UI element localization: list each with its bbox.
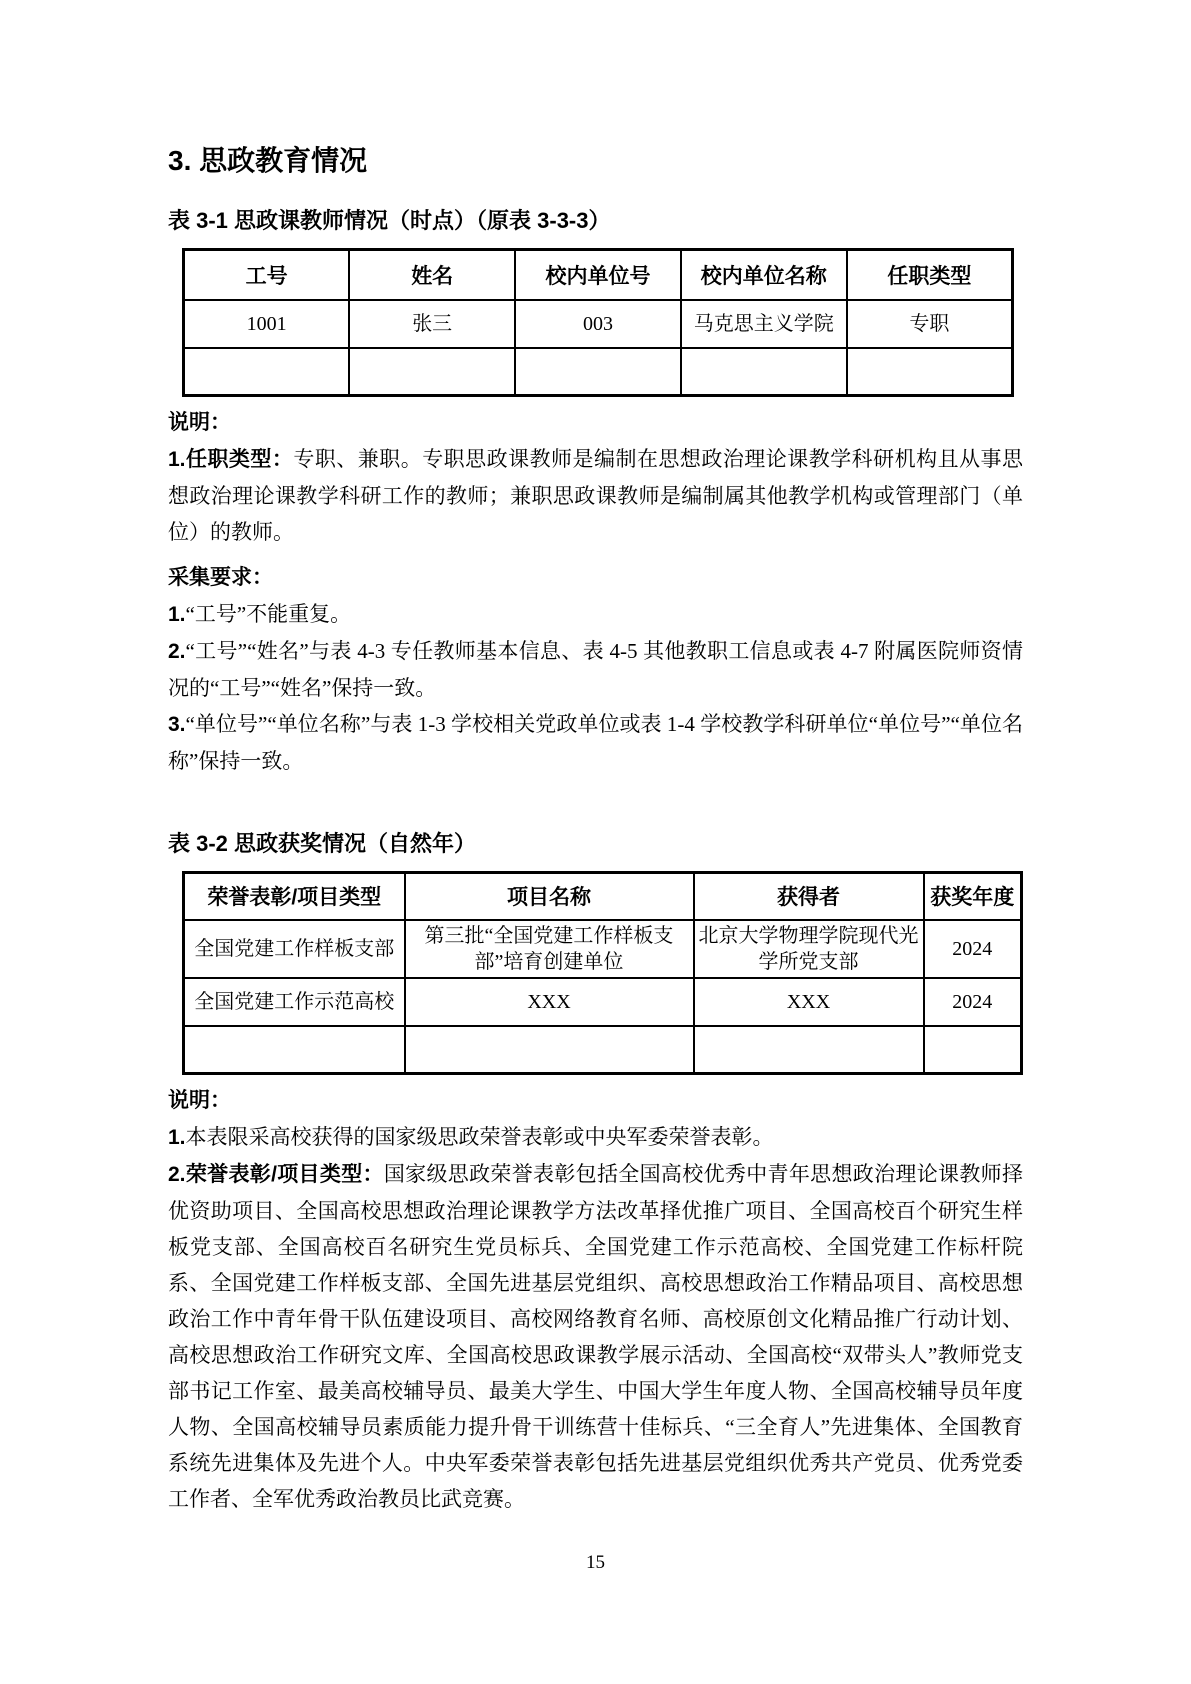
requirement-item-label: 3. — [168, 713, 186, 736]
table-cell — [847, 348, 1013, 396]
note-item: 1.本表限采高校获得的国家级思政荣誉表彰或中央军委荣誉表彰。 — [168, 1119, 1023, 1156]
table-cell — [515, 348, 681, 396]
column-header-rongyuleixing: 荣誉表彰/项目类型 — [184, 873, 405, 920]
requirement-item-text: “工号”不能重复。 — [186, 602, 352, 626]
table-cell: 第三批“全国党建工作样板支部”培育创建单位 — [405, 920, 694, 978]
requirement-item: 3.“单位号”“单位名称”与表 1-3 学校相关党政单位或表 1-4 学校教学科… — [168, 706, 1023, 779]
page-number: 15 — [0, 1552, 1191, 1574]
column-header-huodezhe: 获得者 — [694, 873, 924, 920]
note-item-text: 本表限采高校获得的国家级思政荣誉表彰或中央军委荣誉表彰。 — [186, 1125, 774, 1149]
table-3-2: 荣誉表彰/项目类型 项目名称 获得者 获奖年度 全国党建工作样板支部 第三批“全… — [182, 871, 1023, 1075]
table-3-1-caption: 表 3-1 思政课教师情况（时点）（原表 3-3-3） — [168, 206, 1023, 236]
table-cell: 马克思主义学院 — [681, 300, 847, 348]
note-item-text: 国家级思政荣誉表彰包括全国高校优秀中青年思想政治理论课教师择优资助项目、全国高校… — [168, 1162, 1023, 1511]
notes-title: 说明： — [168, 405, 1023, 441]
column-header-huojiangniandu: 获奖年度 — [924, 873, 1022, 920]
table-3-1: 工号 姓名 校内单位号 校内单位名称 任职类型 1001 张三 003 马克思主… — [182, 248, 1014, 397]
column-header-xingming: 姓名 — [349, 250, 515, 300]
notes-title: 说明： — [168, 1083, 1023, 1119]
requirements-title: 采集要求： — [168, 560, 1023, 596]
table-cell — [924, 1026, 1022, 1074]
note-item-label: 1.任职类型： — [168, 448, 293, 471]
table-cell: 专职 — [847, 300, 1013, 348]
table-cell — [405, 1026, 694, 1074]
table-3-2-empty-row — [184, 1026, 1022, 1074]
column-header-xiangmumingcheng: 项目名称 — [405, 873, 694, 920]
section-heading: 3. 思政教育情况 — [168, 142, 1023, 180]
table-3-2-header-row: 荣誉表彰/项目类型 项目名称 获得者 获奖年度 — [184, 873, 1022, 920]
requirement-item-text: “工号”“姓名”与表 4-3 专任教师基本信息、表 4-5 其他教职工信息或表 … — [168, 639, 1023, 700]
table-cell: 2024 — [924, 920, 1022, 978]
requirement-item-label: 1. — [168, 603, 186, 626]
table-cell — [184, 1026, 405, 1074]
table-cell: XXX — [694, 978, 924, 1026]
requirement-item: 2.“工号”“姓名”与表 4-3 专任教师基本信息、表 4-5 其他教职工信息或… — [168, 633, 1023, 706]
note-item-label: 1. — [168, 1126, 186, 1149]
note-item: 2.荣誉表彰/项目类型：国家级思政荣誉表彰包括全国高校优秀中青年思想政治理论课教… — [168, 1156, 1023, 1517]
table-cell — [694, 1026, 924, 1074]
column-header-danweihao: 校内单位号 — [515, 250, 681, 300]
column-header-danweimingcheng: 校内单位名称 — [681, 250, 847, 300]
document-page: 3. 思政教育情况 表 3-1 思政课教师情况（时点）（原表 3-3-3） 工号… — [0, 0, 1191, 1684]
table-3-2-caption: 表 3-2 思政获奖情况（自然年） — [168, 829, 1023, 859]
requirement-item-text: “单位号”“单位名称”与表 1-3 学校相关党政单位或表 1-4 学校教学科研单… — [168, 712, 1023, 773]
table-cell: 北京大学物理学院现代光学所党支部 — [694, 920, 924, 978]
table-3-2-data-row: 全国党建工作示范高校 XXX XXX 2024 — [184, 978, 1022, 1026]
note-item: 1.任职类型：专职、兼职。专职思政课教师是编制在思想政治理论课教学科研机构且从事… — [168, 441, 1023, 550]
requirement-item: 1.“工号”不能重复。 — [168, 596, 1023, 633]
column-header-renzhileixing: 任职类型 — [847, 250, 1013, 300]
table-cell — [349, 348, 515, 396]
table-cell: 2024 — [924, 978, 1022, 1026]
table-3-1-header-row: 工号 姓名 校内单位号 校内单位名称 任职类型 — [184, 250, 1013, 300]
table-cell — [184, 348, 350, 396]
table-cell: 张三 — [349, 300, 515, 348]
table-3-1-empty-row — [184, 348, 1013, 396]
table-3-2-data-row: 全国党建工作样板支部 第三批“全国党建工作样板支部”培育创建单位 北京大学物理学… — [184, 920, 1022, 978]
table-cell: XXX — [405, 978, 694, 1026]
table-cell: 全国党建工作示范高校 — [184, 978, 405, 1026]
table-cell: 1001 — [184, 300, 350, 348]
table-3-1-data-row: 1001 张三 003 马克思主义学院 专职 — [184, 300, 1013, 348]
column-header-gonghao: 工号 — [184, 250, 350, 300]
note-item-text: 专职、兼职。专职思政课教师是编制在思想政治理论课教学科研机构且从事思想政治理论课… — [168, 447, 1023, 544]
note-item-label: 2.荣誉表彰/项目类型： — [168, 1163, 384, 1186]
table-cell: 003 — [515, 300, 681, 348]
table-cell — [681, 348, 847, 396]
table-cell: 全国党建工作样板支部 — [184, 920, 405, 978]
requirement-item-label: 2. — [168, 640, 186, 663]
